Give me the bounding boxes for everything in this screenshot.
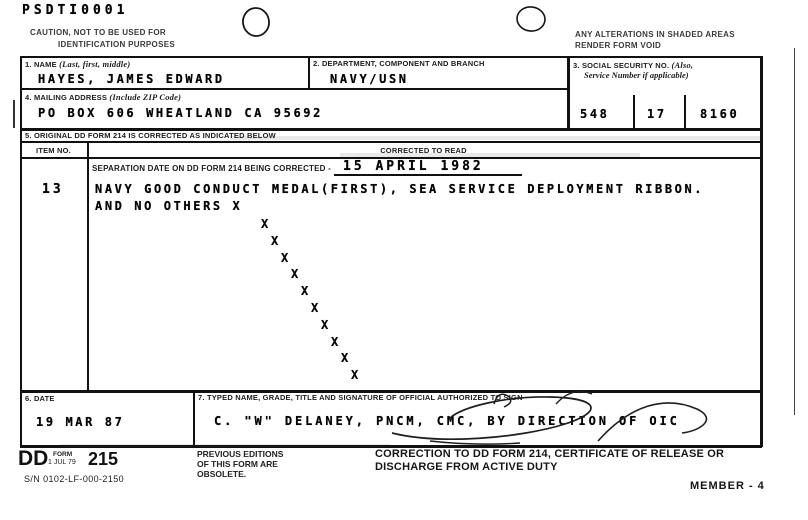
correction-line1: NAVY GOOD CONDUCT MEDAL(FIRST), SEA SERV…	[95, 182, 704, 196]
box4-label: 4. MAILING ADDRESS (Include ZIP Code)	[25, 92, 181, 102]
footer-serial-number: S/N 0102-LF-000-2150	[24, 474, 124, 484]
scan-tick-left	[13, 100, 15, 128]
branch-value: NAVY/USN	[330, 72, 409, 86]
box6-label: 6. DATE	[25, 394, 55, 403]
alterations-text-line2: RENDER FORM VOID	[575, 41, 661, 50]
date-value: 19 MAR 87	[36, 415, 124, 429]
x-mark: X	[261, 217, 268, 231]
item-number: 13	[42, 182, 64, 197]
x-mark: X	[341, 351, 348, 365]
section5-label: 5. ORIGINAL DD FORM 214 IS CORRECTED AS …	[25, 131, 276, 140]
x-diagonal: XXXXXXXXXX	[261, 217, 371, 387]
x-mark: X	[321, 318, 328, 332]
name-value: HAYES, JAMES EDWARD	[38, 72, 225, 86]
border-right	[760, 56, 763, 447]
pen-circle-left	[241, 6, 271, 37]
x-mark: X	[271, 234, 278, 248]
x-mark: X	[331, 335, 338, 349]
box4-label-italic: (Include ZIP Code)	[109, 92, 181, 102]
signer-value: C. "W" DELANEY, PNCM, CMC, BY DIRECTION …	[214, 414, 680, 428]
correction-line2: AND NO OTHERS X	[95, 199, 242, 213]
column-header-corrected: CORRECTED TO READ	[87, 146, 760, 155]
document-id: PSDTI0001	[22, 3, 128, 18]
separation-date-value: 15 APRIL 1982	[343, 159, 484, 174]
separation-date-underline	[334, 174, 522, 176]
divider-row1-row2	[20, 88, 567, 90]
box1-label-text: 1. NAME	[25, 60, 59, 69]
divider-box6-box7	[193, 390, 195, 447]
border-left	[20, 56, 22, 447]
footer-form-date: 1 JUL 79	[48, 459, 76, 466]
footer-form-word: FORM	[53, 451, 72, 458]
scan-smudge-3	[60, 444, 390, 447]
alterations-text-line1: ANY ALTERATIONS IN SHADED AREAS	[575, 30, 735, 39]
x-mark: X	[291, 267, 298, 281]
ssn-part3: 8160	[700, 107, 739, 121]
signature-underline	[430, 441, 520, 444]
address-value: PO BOX 606 WHEATLAND CA 95692	[38, 106, 323, 120]
divider-itemno-column	[87, 141, 89, 391]
ssn-part1: 548	[580, 107, 609, 121]
box3-label-italic1: (Also,	[672, 60, 694, 70]
box2-label: 2. DEPARTMENT, COMPONENT AND BRANCH	[313, 59, 485, 68]
pen-circle-right	[516, 6, 546, 33]
box3-label: 3. SOCIAL SECURITY NO. (Also,	[573, 60, 693, 70]
column-header-item-no: ITEM NO.	[20, 146, 87, 155]
separation-date-label: SEPARATION DATE ON DD FORM 214 BEING COR…	[92, 164, 331, 173]
footer-title-line1: CORRECTION TO DD FORM 214, CERTIFICATE O…	[375, 448, 724, 460]
divider-section5-label	[20, 141, 762, 143]
x-mark: X	[311, 301, 318, 315]
footer-member-copy: MEMBER - 4	[690, 480, 765, 492]
box1-label: 1. NAME (Last, first, middle)	[25, 59, 130, 69]
box3-label-text: 3. SOCIAL SECURITY NO.	[573, 61, 672, 70]
footer-previous-editions-3: OBSOLETE.	[197, 469, 246, 479]
scan-smudge-1	[230, 136, 760, 140]
signature-flick	[556, 392, 592, 404]
footer-previous-editions-2: OF THIS FORM ARE	[197, 459, 278, 469]
x-mark: X	[281, 251, 288, 265]
box7-label-text: 7. TYPED NAME, GRADE, TITLE AND SIGNATUR…	[198, 393, 523, 402]
footer-dd: DD	[18, 447, 48, 471]
footer-previous-editions-1: PREVIOUS EDITIONS	[197, 449, 283, 459]
divider-box2-box3	[567, 56, 570, 128]
caution-text-line1: CAUTION, NOT TO BE USED FOR	[30, 28, 166, 37]
box1-label-italic: (Last, first, middle)	[59, 59, 130, 69]
box4-label-text: 4. MAILING ADDRESS	[25, 93, 109, 102]
box3-label-italic2: Service Number if applicable)	[584, 70, 689, 80]
caution-text-line2: IDENTIFICATION PURPOSES	[58, 40, 175, 49]
ssn-part2: 17	[647, 107, 667, 121]
dd-form-215-scan: PSDTI0001 CAUTION, NOT TO BE USED FOR ID…	[0, 0, 808, 520]
x-mark: X	[301, 284, 308, 298]
border-top	[20, 56, 762, 58]
scan-edge-line	[794, 48, 795, 415]
footer-form-number: 215	[88, 449, 118, 470]
ssn-separator-1	[633, 95, 635, 128]
ssn-separator-2	[684, 95, 686, 128]
footer-title-line2: DISCHARGE FROM ACTIVE DUTY	[375, 461, 558, 473]
divider-box1-box2	[308, 56, 310, 90]
x-mark: X	[351, 368, 358, 382]
